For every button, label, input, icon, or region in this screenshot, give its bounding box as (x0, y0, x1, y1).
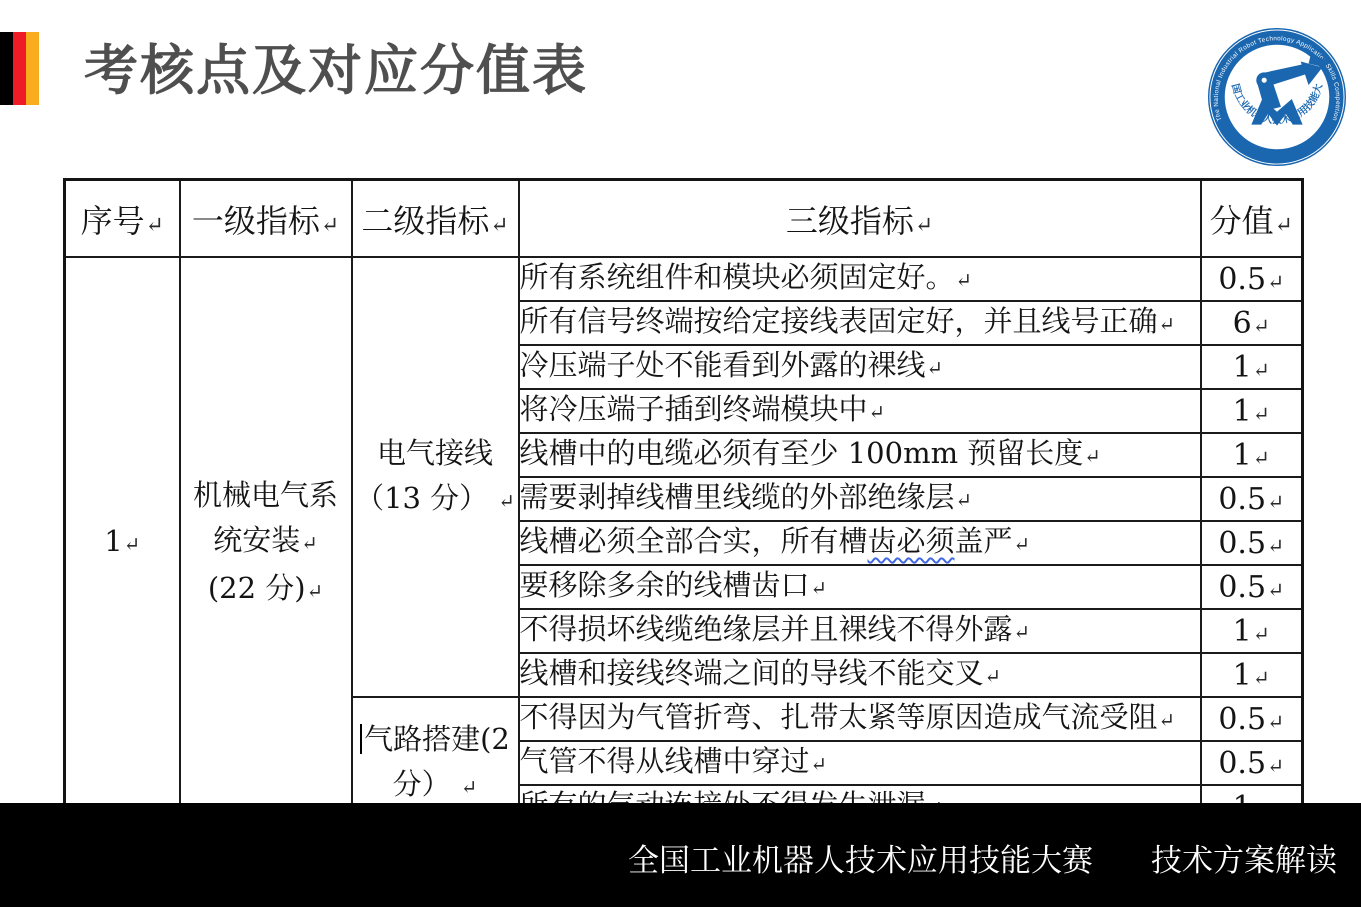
paragraph-mark: ↵ (926, 357, 944, 380)
level3-indicator-cell: 冷压端子处不能看到外露的裸线↵ (519, 345, 1201, 389)
paragraph-mark: ↵ (1083, 445, 1101, 468)
slide: 考核点及对应分值表 • The National Industrial Robo… (0, 0, 1361, 907)
paragraph-mark: ↵ (1274, 213, 1293, 238)
level3-indicator-cell: 不得损坏线缆绝缘层并且裸线不得外露↵ (519, 609, 1201, 653)
footer-text: 全国工业机器人技术应用技能大赛技术方案解读 (628, 835, 1337, 880)
paragraph-mark: ↵ (1252, 666, 1270, 690)
level3-indicator-cell: 气管不得从线槽中穿过↵ (519, 741, 1201, 785)
level2-indicator-cell: 电气接线（13 分） ↵ (352, 257, 519, 697)
footer-doc-name: 技术方案解读 (1151, 843, 1337, 879)
paragraph-mark: ↵ (810, 577, 828, 600)
table-header-row: 序号↵一级指标↵二级指标↵三级指标↵分值↵ (65, 180, 1303, 258)
score-cell: 0.5↵ (1201, 257, 1303, 301)
paragraph-mark: ↵ (810, 753, 828, 776)
paragraph-mark: ↵ (1013, 533, 1031, 556)
paragraph-mark: ↵ (123, 533, 141, 556)
paragraph-mark: ↵ (1266, 534, 1284, 558)
accent-bar-black (0, 32, 13, 105)
paragraph-mark: ↵ (460, 776, 478, 799)
paragraph-mark: ↵ (984, 665, 1002, 688)
paragraph-mark: ↵ (1266, 754, 1284, 778)
paragraph-mark: ↵ (1266, 270, 1284, 294)
spellcheck-underlined-text: 齿必须 (868, 524, 955, 558)
score-cell: 0.5↵ (1201, 697, 1303, 741)
paragraph-mark: ↵ (1252, 402, 1270, 426)
paragraph-mark: ↵ (497, 490, 515, 513)
level3-indicator-cell: 线槽必须全部合实，所有槽齿必须盖严↵ (519, 521, 1201, 565)
competition-logo: • The National Industrial Robot Technolo… (1206, 26, 1348, 168)
paragraph-mark: ↵ (868, 401, 886, 424)
footer-bar: 全国工业机器人技术应用技能大赛技术方案解读 (0, 803, 1361, 907)
paragraph-mark: ↵ (1252, 358, 1270, 382)
score-cell: 1↵ (1201, 609, 1303, 653)
accent-bars (0, 32, 39, 105)
paragraph-mark: ↵ (914, 213, 933, 238)
accent-bar-yellow (26, 32, 39, 105)
paragraph-mark: ↵ (145, 213, 164, 238)
paragraph-mark: ↵ (1252, 314, 1270, 338)
column-header-3: 三级指标↵ (519, 180, 1201, 258)
score-cell: 0.5↵ (1201, 477, 1303, 521)
score-cell: 0.5↵ (1201, 565, 1303, 609)
level3-indicator-cell: 所有信号终端按给定接线表固定好，并且线号正确↵ (519, 301, 1201, 345)
column-header-0: 序号↵ (65, 180, 180, 258)
score-cell: 0.5↵ (1201, 521, 1303, 565)
paragraph-mark: ↵ (955, 489, 973, 512)
column-header-1: 一级指标↵ (180, 180, 352, 258)
paragraph-mark: ↵ (1013, 621, 1031, 644)
level3-indicator-cell: 所有系统组件和模块必须固定好。↵ (519, 257, 1201, 301)
score-cell: 6↵ (1201, 301, 1303, 345)
paragraph-mark: ↵ (300, 532, 318, 555)
page-title: 考核点及对应分值表 (84, 28, 588, 105)
level3-indicator-cell: 需要剥掉线槽里线缆的外部绝缘层↵ (519, 477, 1201, 521)
paragraph-mark: ↵ (320, 213, 339, 238)
level1-indicator-cell: 机械电气系统安装↵(22 分)↵ (180, 257, 352, 830)
level3-indicator-cell: 不得因为气管折弯、扎带太紧等原因造成气流受阻↵ (519, 697, 1201, 741)
level3-indicator-cell: 将冷压端子插到终端模块中↵ (519, 389, 1201, 433)
table-body: 1↵机械电气系统安装↵(22 分)↵电气接线（13 分） ↵所有系统组件和模块必… (65, 257, 1303, 830)
paragraph-mark: ↵ (489, 213, 508, 238)
level3-indicator-cell: 线槽中的电缆必须有至少 100mm 预留长度↵ (519, 433, 1201, 477)
serial-cell: 1↵ (65, 257, 180, 830)
paragraph-mark: ↵ (1158, 313, 1176, 336)
paragraph-mark: ↵ (1266, 710, 1284, 734)
paragraph-mark: ↵ (306, 580, 324, 603)
score-cell: 1↵ (1201, 653, 1303, 697)
paragraph-mark: ↵ (1266, 578, 1284, 602)
score-cell: 0.5↵ (1201, 741, 1303, 785)
score-cell: 1↵ (1201, 389, 1303, 433)
paragraph-mark: ↵ (955, 269, 973, 292)
paragraph-mark: ↵ (1252, 446, 1270, 470)
text-cursor (360, 724, 362, 754)
score-cell: 1↵ (1201, 433, 1303, 477)
paragraph-mark: ↵ (1266, 490, 1284, 514)
column-header-2: 二级指标↵ (352, 180, 519, 258)
table-row: 1↵机械电气系统安装↵(22 分)↵电气接线（13 分） ↵所有系统组件和模块必… (65, 257, 1303, 301)
column-header-4: 分值↵ (1201, 180, 1303, 258)
level3-indicator-cell: 要移除多余的线槽齿口↵ (519, 565, 1201, 609)
assessment-score-table: 序号↵一级指标↵二级指标↵三级指标↵分值↵ 1↵机械电气系统安装↵(22 分)↵… (63, 178, 1304, 831)
accent-bar-red (13, 32, 26, 105)
paragraph-mark: ↵ (1158, 709, 1176, 732)
level3-indicator-cell: 线槽和接线终端之间的导线不能交叉↵ (519, 653, 1201, 697)
paragraph-mark: ↵ (1252, 622, 1270, 646)
footer-competition-name: 全国工业机器人技术应用技能大赛 (628, 843, 1093, 879)
score-cell: 1↵ (1201, 345, 1303, 389)
